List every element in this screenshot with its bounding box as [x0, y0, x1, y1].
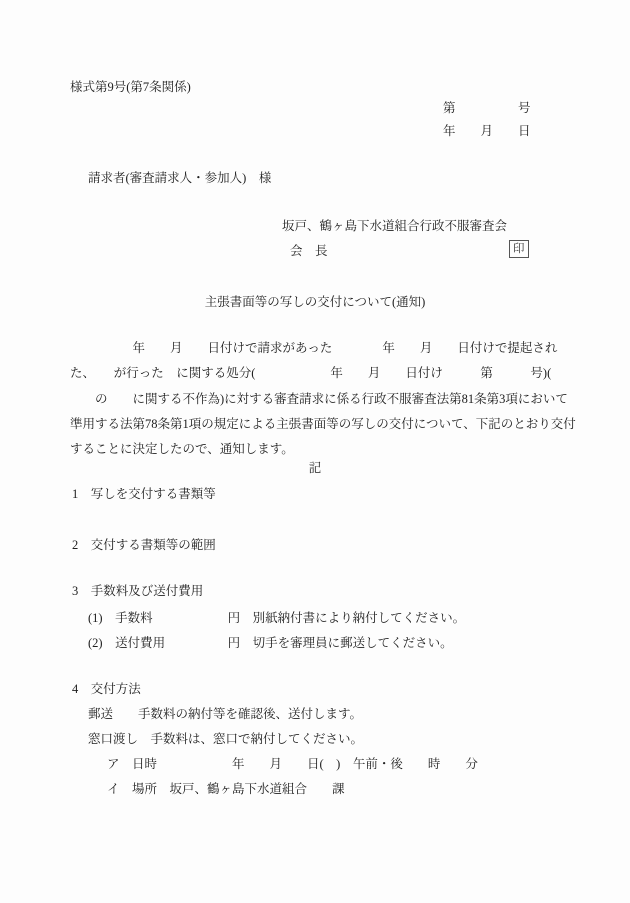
- postage-sub-line: (2) 送付費用 円 切手を審理員に郵送してください。: [88, 636, 453, 651]
- subject-title: 主張書面等の写しの交付について(通知): [0, 295, 630, 310]
- section-item-4: 4 交付方法: [72, 682, 141, 697]
- place-blank-line: イ 場所 坂戸、鶴ヶ島下水道組合 課: [107, 782, 345, 797]
- date-blank-line: 年 月 日: [443, 124, 531, 139]
- mail-method-line: 郵送 手数料の納付等を確認後、送付します。: [88, 707, 362, 722]
- doc-number-blank-line: 第 号: [443, 101, 531, 116]
- window-method-line: 窓口渡し 手数料は、窓口で納付してください。: [88, 732, 363, 747]
- body-line: の に関する不作為)に対する審査請求に係る行政不服審査法第81条第3項において: [70, 392, 568, 407]
- section-item-2: 2 交付する書類等の範囲: [72, 538, 216, 553]
- issuer-title: 会 長: [290, 244, 328, 259]
- section-item-1: 1 写しを交付する書類等: [72, 487, 216, 502]
- body-line: することに決定したので、通知します。: [70, 442, 294, 457]
- form-number: 様式第9号(第7条関係): [70, 80, 191, 95]
- issuer-organization: 坂戸、鶴ヶ島下水道組合行政不服審査会: [282, 219, 507, 234]
- addressee-line: 請求者(審査請求人・参加人) 様: [88, 171, 271, 186]
- document-page: 様式第9号(第7条関係) 第 号 年 月 日 請求者(審査請求人・参加人) 様 …: [0, 0, 630, 903]
- record-marker: 記: [0, 461, 630, 476]
- body-line: 準用する法第78条第1項の規定による主張書面等の写しの交付について、下記のとおり…: [70, 417, 576, 432]
- fee-sub-line: (1) 手数料 円 別紙納付書により納付してください。: [88, 611, 465, 626]
- section-item-3: 3 手数料及び送付費用: [72, 584, 203, 599]
- body-line: 年 月 日付けで請求があった 年 月 日付けで提起され: [70, 341, 557, 356]
- body-line: た、 が行った に関する処分( 年 月 日付け 第 号)(: [70, 366, 551, 381]
- seal-stamp: 印: [509, 240, 529, 258]
- datetime-blank-line: ア 日時 年 月 日( ) 午前・後 時 分: [107, 757, 478, 772]
